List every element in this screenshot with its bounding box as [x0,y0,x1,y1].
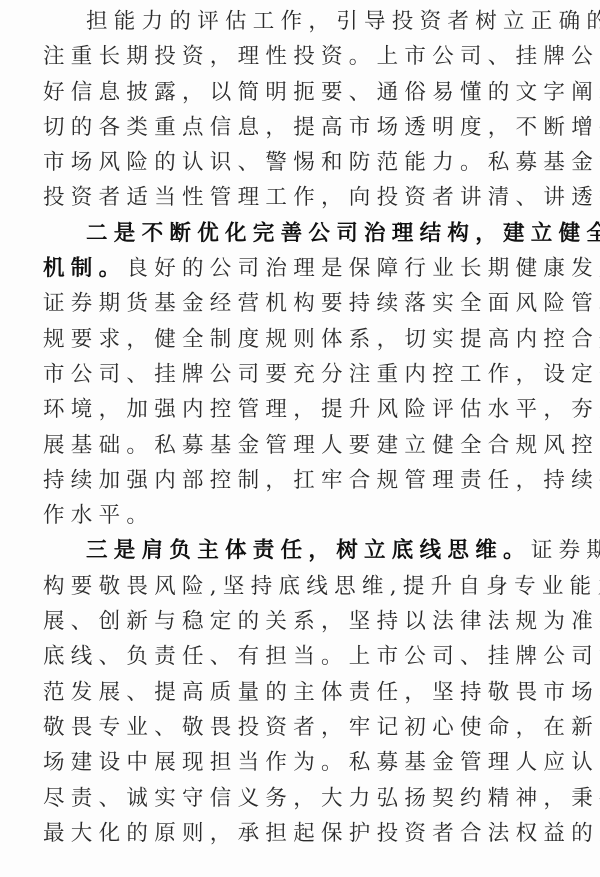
text-line: 切的各类重点信息，提高市场透明度，不断增强投资者对 [43,110,563,145]
text-line: 担能力的评估工作，引导投资者树立正确的投资理念， [43,4,563,39]
paragraph-heading: 机制。 [43,256,126,281]
document-page: 担能力的评估工作，引导投资者树立正确的投资理念， 注重长期投资，理性投资。上市公… [0,0,600,877]
text-line: 环境，加强内控管理，提升风险评估水平，夯实高质量发 [43,392,563,427]
text-line: 投资者适当性管理工作，向投资者讲清、讲透投资风险。 [43,180,563,215]
paragraph-1: 担能力的评估工作，引导投资者树立正确的投资理念， 注重长期投资，理性投资。上市公… [43,4,563,216]
text-line: 规要求，健全制度规则体系，切实提高内控合规水平。上 [43,322,563,357]
document-body: 担能力的评估工作，引导投资者树立正确的投资理念， 注重长期投资，理性投资。上市公… [43,4,563,851]
text-line: 敬畏专业、敬畏投资者，牢记初心使命，在新时代资本市 [43,710,563,745]
text-line: 场建设中展现担当作为。私募基金管理人应认真履行勤勉 [43,745,563,780]
text-line: 机制。良好的公司治理是保障行业长期健康发展的基础。 [43,251,563,286]
text-line: 证券期货基金经营机构要持续落实全面风险管理和全员合 [43,286,563,321]
text-line: 注重长期投资，理性投资。上市公司、挂牌公司请认真做 [43,39,563,74]
text-line: 展基础。私募基金管理人要建立健全合规风控内生机制， [43,428,563,463]
paragraph-3: 三是肩负主体责任，树立底线思维。证券期货经营机 构要敬畏风险,坚持底线思维,提升… [43,533,563,851]
text-line: 市场风险的认识、警惕和防范能力。私募基金管理人做好 [43,145,563,180]
text-line: 作水平。 [43,498,563,533]
text-line: 市公司、挂牌公司要充分注重内控工作，设定合理的内控 [43,357,563,392]
text-line: 尽责、诚实守信义务，大力弘扬契约精神，秉持客户利益 [43,781,563,816]
text-line: 好信息披露，以简明扼要、通俗易懂的文字阐释投资者关 [43,75,563,110]
text-line: 构要敬畏风险,坚持底线思维,提升自身专业能力，处理好发 [43,569,563,604]
text-line: 范发展、提高质量的主体责任，坚持敬畏市场、敬畏法治、 [43,675,563,710]
text-line: 最大化的原则，承担起保护投资者合法权益的主体责任。 [43,816,563,851]
text-line: 二是不断优化完善公司治理结构，建立健全公司内控 [43,216,563,251]
text-line: 三是肩负主体责任，树立底线思维。证券期货经营机 [43,533,563,568]
text-line: 持续加强内部控制，扛牢合规管理责任，持续提升规范运 [43,463,563,498]
paragraph-2: 二是不断优化完善公司治理结构，建立健全公司内控 机制。良好的公司治理是保障行业长… [43,216,563,534]
text-line: 底线、负责任、有担当。上市公司、挂牌公司请肩负起规 [43,639,563,674]
paragraph-heading: 二是不断优化完善公司治理结构，建立健全公司内控 [86,221,600,246]
text-line: 展、创新与稳定的关系，坚持以法律法规为准绳，做到守 [43,604,563,639]
paragraph-heading: 三是肩负主体责任，树立底线思维。 [86,538,531,563]
